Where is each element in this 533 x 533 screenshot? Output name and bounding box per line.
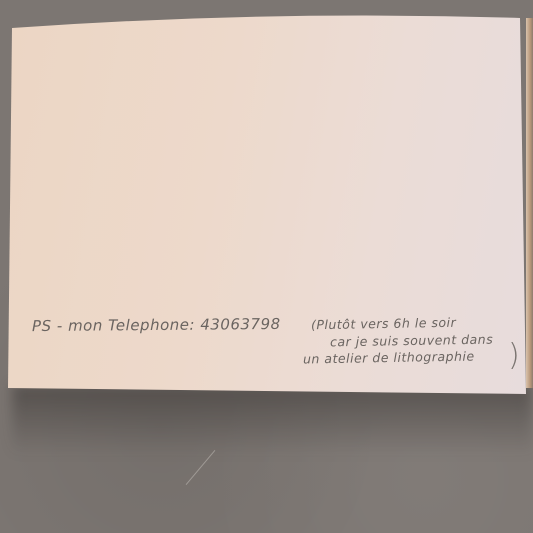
note-paren-line-3: un atelier de lithographie xyxy=(303,349,475,367)
surface-scratch xyxy=(186,450,216,485)
card-shadow xyxy=(12,385,532,455)
note-phone-line: PS - mon Telephone: 43063798 xyxy=(32,315,281,335)
closing-parenthesis: ) xyxy=(508,338,520,373)
card-edge xyxy=(526,18,533,388)
note-paren-line-1: (Plutôt vers 6h le soir xyxy=(311,315,456,333)
note-paren-line-2: car je suis souvent dans xyxy=(330,332,493,350)
